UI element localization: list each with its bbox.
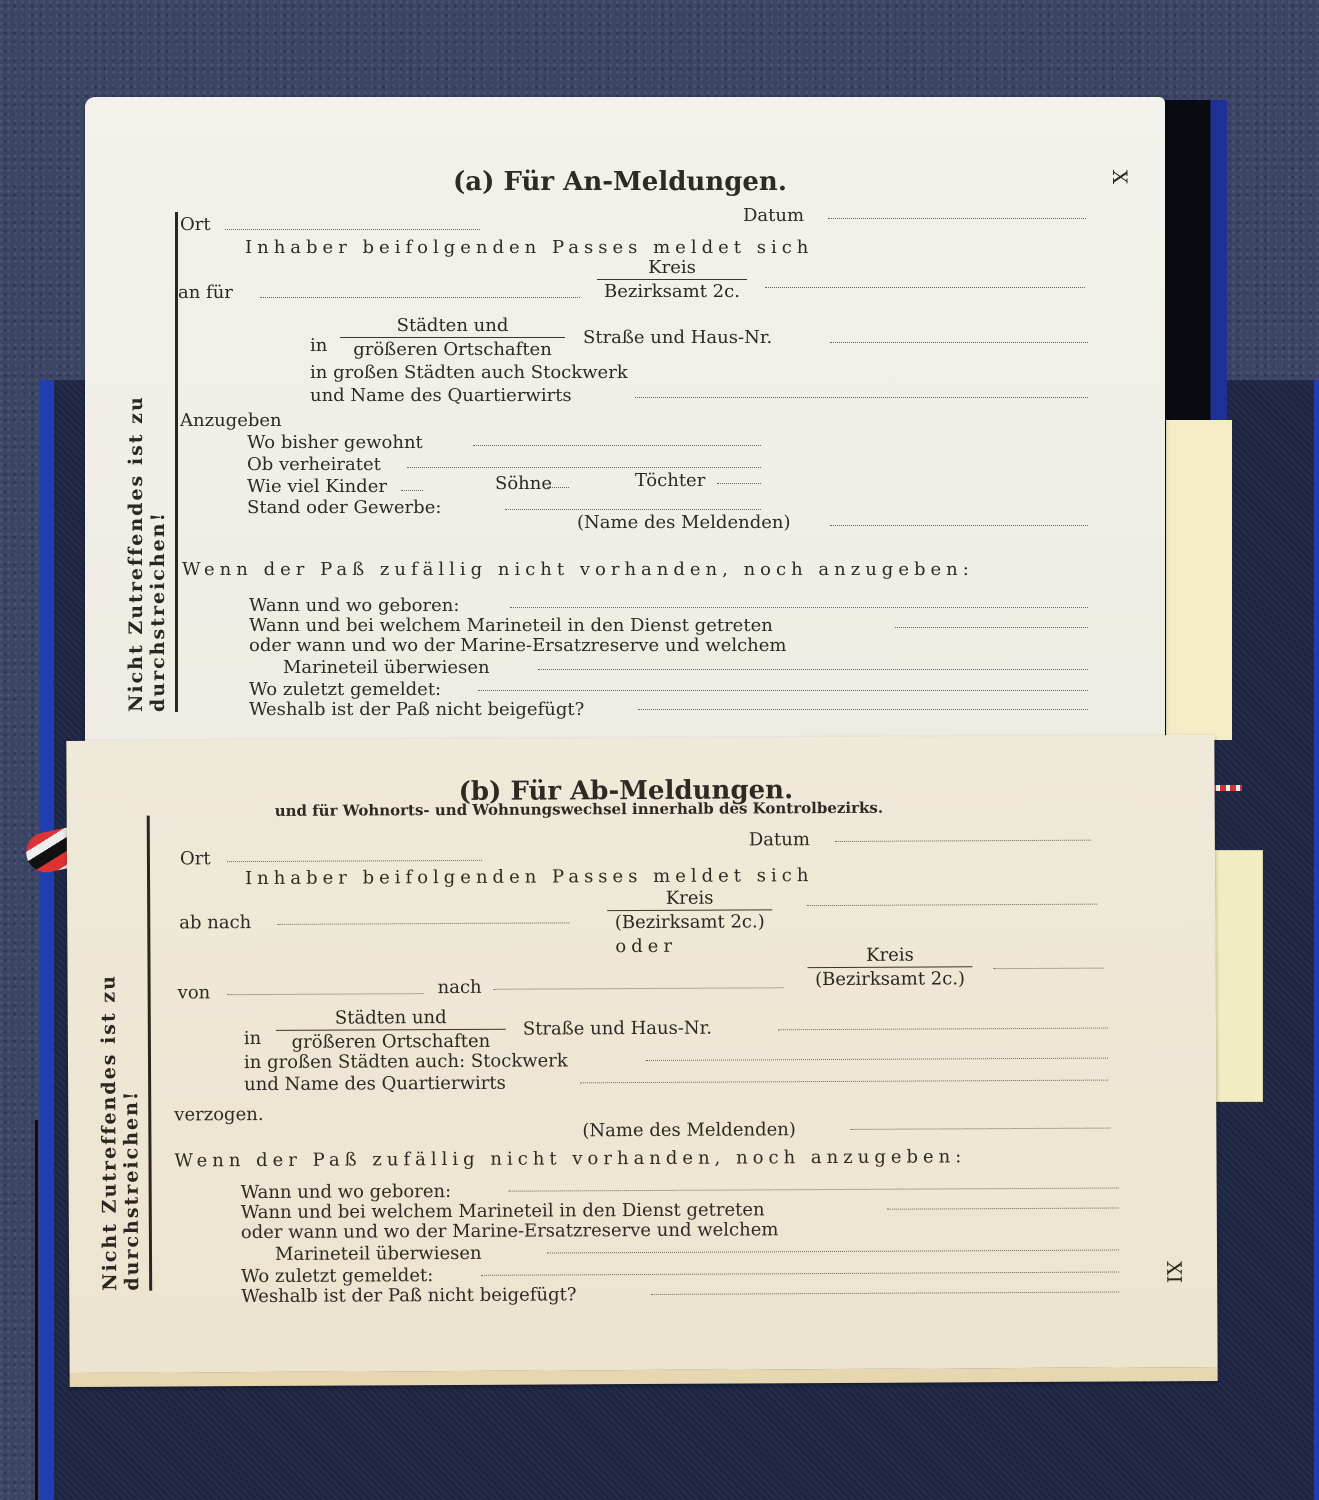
staedten-label: Städten und bbox=[340, 315, 565, 338]
nach-label: nach bbox=[438, 977, 482, 998]
datum-field[interactable] bbox=[835, 840, 1091, 842]
stockwerk-field[interactable] bbox=[646, 1058, 1108, 1061]
geboren-label: Wann und wo geboren: bbox=[241, 1181, 452, 1203]
kreis-field[interactable] bbox=[765, 287, 1085, 288]
ort-label: Ort bbox=[180, 848, 211, 869]
kreis-fraction: Kreis (Bezirksamt 2c.) bbox=[607, 887, 772, 933]
verheiratet-label: Ob verheiratet bbox=[247, 454, 381, 475]
geboren-field[interactable] bbox=[510, 607, 1088, 608]
kreis-field-2[interactable] bbox=[994, 968, 1104, 970]
bezirksamt-label: Bezirksamt 2c. bbox=[597, 280, 747, 302]
kreis-fraction-2: Kreis (Bezirksamt 2c.) bbox=[807, 944, 972, 990]
toechter-label: Töchter bbox=[635, 470, 705, 491]
name-meldenden-field[interactable] bbox=[850, 1128, 1110, 1130]
datum-label: Datum bbox=[749, 829, 810, 850]
ueberwiesen-label: Marineteil überwiesen bbox=[283, 657, 490, 678]
side-note: Nicht Zutreffendes ist zu durchstreichen… bbox=[125, 212, 178, 712]
inhaber-line: Inhaber beifolgenden Passes meldet sich bbox=[245, 237, 813, 258]
stand-label: Stand oder Gewerbe: bbox=[247, 497, 441, 518]
zuletzt-field[interactable] bbox=[478, 690, 1088, 691]
weshalb-field[interactable] bbox=[638, 709, 1088, 710]
ortschaften-label: größeren Ortschaften bbox=[276, 1030, 506, 1053]
page-number: X bbox=[1108, 170, 1132, 184]
kinder-label: Wie viel Kinder bbox=[247, 476, 387, 497]
ueberwiesen-field[interactable] bbox=[538, 669, 1088, 670]
ort-label: Ort bbox=[180, 214, 211, 235]
bisher-gewohnt-label: Wo bisher gewohnt bbox=[247, 432, 423, 453]
strasse-label: Straße und Haus-Nr. bbox=[523, 1018, 712, 1040]
weshalb-field[interactable] bbox=[651, 1292, 1119, 1295]
soehne-field[interactable] bbox=[547, 487, 569, 488]
kreis-label: Kreis bbox=[607, 887, 772, 911]
dienst-label: Wann und bei welchem Marineteil in den D… bbox=[249, 615, 773, 636]
an-fuer-field[interactable] bbox=[260, 297, 580, 298]
ortschaften-label: größeren Ortschaften bbox=[340, 338, 565, 360]
von-field[interactable] bbox=[228, 993, 424, 995]
kreis-fraction: Kreis Bezirksamt 2c. bbox=[597, 257, 747, 302]
kreis-field[interactable] bbox=[807, 904, 1097, 907]
bezirksamt-label: (Bezirksamt 2c.) bbox=[808, 967, 973, 990]
quartierwirt-field[interactable] bbox=[580, 1080, 1108, 1084]
toechter-field[interactable] bbox=[717, 483, 761, 484]
ab-nach-label: ab nach bbox=[179, 912, 251, 933]
section-title: (a) Für An-Meldungen. bbox=[453, 167, 787, 197]
dienst-field[interactable] bbox=[887, 1208, 1119, 1210]
side-note: Nicht Zutreffendes ist zu durchstreichen… bbox=[97, 816, 152, 1291]
dienst-field[interactable] bbox=[895, 627, 1088, 628]
oder-line: oder wann und wo der Marine-Ersatzreserv… bbox=[241, 1219, 779, 1243]
strasse-field[interactable] bbox=[778, 1028, 1108, 1031]
datum-label: Datum bbox=[743, 205, 804, 226]
verheiratet-field[interactable] bbox=[407, 467, 761, 468]
zuletzt-label: Wo zuletzt gemeldet: bbox=[249, 679, 441, 700]
bisher-gewohnt-field[interactable] bbox=[473, 445, 761, 446]
in-label: in bbox=[310, 335, 327, 356]
geboren-field[interactable] bbox=[509, 1188, 1119, 1192]
staedten-fraction: Städten und größeren Ortschaften bbox=[276, 1007, 506, 1053]
section-subtitle: und für Wohnorts- und Wohnungswechsel in… bbox=[275, 799, 883, 820]
ueberwiesen-label: Marineteil überwiesen bbox=[275, 1243, 482, 1265]
kinder-field[interactable] bbox=[401, 490, 423, 491]
stockwerk-line: in großen Städten auch: Stockwerk bbox=[244, 1050, 568, 1073]
name-meldenden-label: (Name des Meldenden) bbox=[582, 1119, 796, 1141]
oder-label: oder bbox=[615, 936, 677, 957]
an-fuer-label: an für bbox=[178, 282, 233, 303]
paper-tab-top bbox=[1166, 420, 1232, 740]
stockwerk-line: in großen Städten auch Stockwerk bbox=[310, 362, 628, 383]
strasse-field[interactable] bbox=[830, 342, 1088, 343]
quartierwirt-line: und Name des Quartierwirts bbox=[244, 1073, 506, 1095]
quartierwirt-line: und Name des Quartierwirts bbox=[310, 385, 572, 406]
oder-line: oder wann und wo der Marine-Ersatzreserv… bbox=[249, 635, 787, 656]
staedten-label: Städten und bbox=[276, 1007, 506, 1031]
staedten-fraction: Städten und größeren Ortschaften bbox=[340, 315, 565, 360]
zuletzt-field[interactable] bbox=[481, 1272, 1119, 1276]
weshalb-label: Weshalb ist der Paß nicht beigefügt? bbox=[249, 699, 584, 720]
name-meldenden-field[interactable] bbox=[830, 525, 1088, 526]
wenn-pass-line: Wenn der Paß zufällig nicht vorhanden, n… bbox=[174, 1146, 966, 1171]
geboren-label: Wann und wo geboren: bbox=[249, 595, 459, 616]
ueberwiesen-field[interactable] bbox=[547, 1250, 1119, 1254]
wenn-pass-line: Wenn der Paß zufällig nicht vorhanden, n… bbox=[182, 559, 974, 580]
soehne-label: Söhne bbox=[495, 473, 552, 494]
page-ab-meldungen: Nicht Zutreffendes ist zu durchstreichen… bbox=[66, 735, 1217, 1387]
name-meldenden-label: (Name des Meldenden) bbox=[577, 512, 790, 533]
stand-field[interactable] bbox=[505, 509, 761, 510]
ort-field[interactable] bbox=[227, 860, 482, 862]
page-number: XI bbox=[1162, 1261, 1186, 1283]
ort-field[interactable] bbox=[225, 229, 480, 230]
in-label: in bbox=[244, 1028, 261, 1049]
anzugeben-label: Anzugeben bbox=[180, 410, 282, 431]
datum-field[interactable] bbox=[828, 218, 1086, 219]
verzogen-label: verzogen. bbox=[174, 1104, 263, 1125]
inhaber-line: Inhaber beifolgenden Passes meldet sich bbox=[245, 865, 813, 889]
nach-field[interactable] bbox=[494, 987, 784, 990]
von-label: von bbox=[178, 982, 211, 1003]
ab-nach-field[interactable] bbox=[277, 922, 569, 925]
quartierwirt-field[interactable] bbox=[635, 397, 1088, 398]
binding-string bbox=[35, 1120, 38, 1500]
weshalb-label: Weshalb ist der Paß nicht beigefügt? bbox=[241, 1284, 576, 1307]
strasse-label: Straße und Haus-Nr. bbox=[583, 327, 772, 348]
kreis-label: Kreis bbox=[597, 257, 747, 280]
bezirksamt-label: (Bezirksamt 2c.) bbox=[607, 910, 772, 933]
page-an-meldungen: Nicht Zutreffendes ist zu durchstreichen… bbox=[85, 97, 1165, 747]
zuletzt-label: Wo zuletzt gemeldet: bbox=[241, 1265, 433, 1287]
kreis-label: Kreis bbox=[807, 944, 972, 968]
